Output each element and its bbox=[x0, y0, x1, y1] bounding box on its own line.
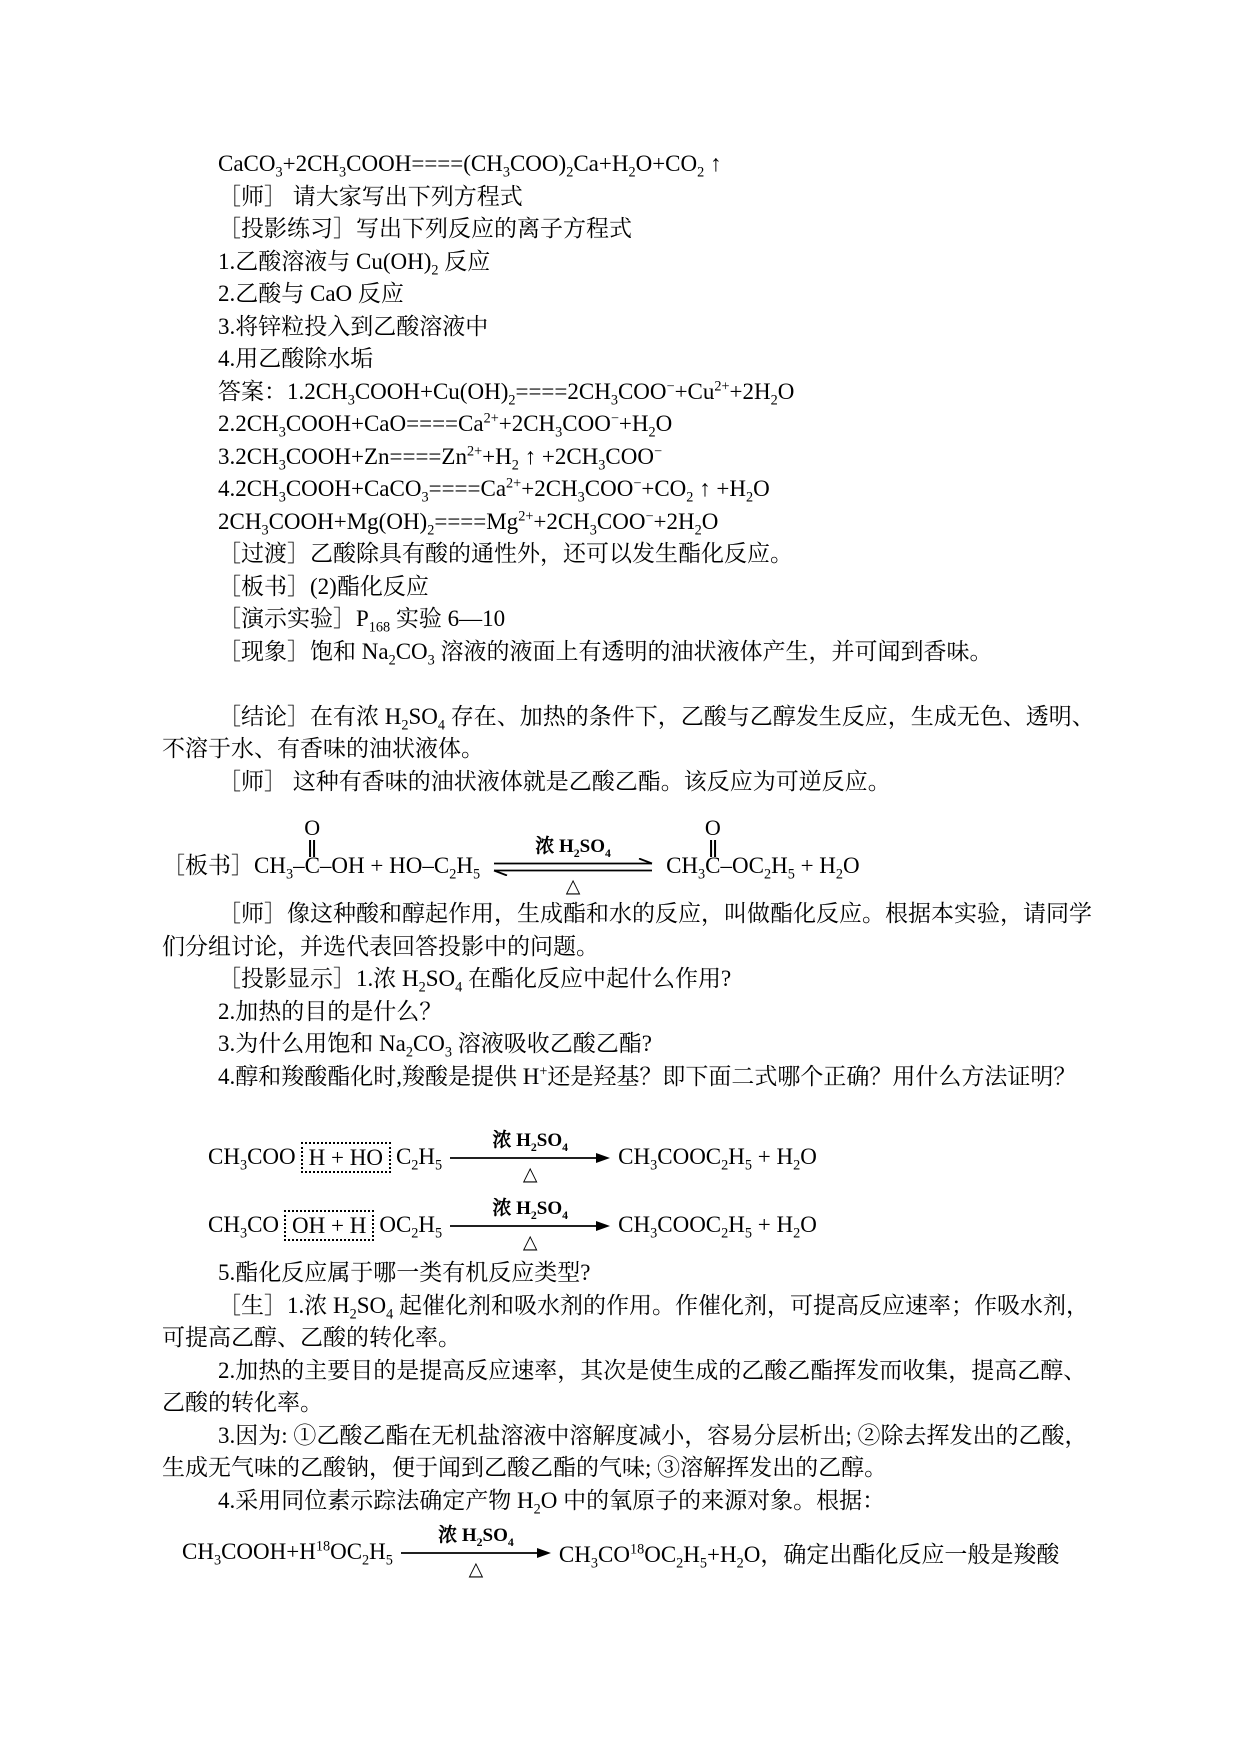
list-item: 4.用乙酸除水垢 bbox=[162, 343, 1102, 376]
eq-tail: 确定出酯化反应一般是羧酸 bbox=[783, 1536, 1059, 1569]
answer-equation-line: 2CH3COOH+Mg(OH)2====Mg2++2CH3COO−+2H2O bbox=[162, 506, 1102, 539]
isotope-tracer-equation: CH3COOH+H18OC2H5 浓 H2SO4 △ CH3CO18OC2H5+… bbox=[182, 1517, 1102, 1587]
list-item: 2.乙酸与 CaO 反应 bbox=[162, 278, 1102, 311]
formula-right-rest: –OC2H5 + H2O bbox=[720, 851, 859, 881]
double-bond bbox=[309, 840, 315, 857]
answer-equation-line: 3.2CH3COOH+Zn====Zn2++H2 ↑ +2CH3COO− bbox=[162, 441, 1102, 474]
highlighted-group-box: H + HO bbox=[301, 1142, 391, 1173]
eq-post: C2H5 bbox=[396, 1144, 442, 1170]
text-line: ［结论］在有浓 H2SO4 存在、加热的条件下，乙酸与乙醇发生反应，生成无色、透… bbox=[162, 701, 1102, 734]
mechanism-equations: CH3COO H + HO C2H5 浓 H2SO4 △ CH3COOC2H5 … bbox=[162, 1093, 1102, 1257]
double-bond bbox=[710, 840, 716, 857]
text-line: ［投影显示］1.浓 H2SO4 在酯化反应中起什么作用? bbox=[162, 963, 1102, 996]
carbonyl-oxygen: O bbox=[705, 818, 721, 857]
text-line: 4.采用同位素示踪法确定产物 H2O 中的氧原子的来源对象。根据： bbox=[162, 1485, 1102, 1518]
text-line: ［生］1.浓 H2SO4 起催化剂和吸水剂的作用。作催化剂，可提高反应速率；作吸… bbox=[162, 1290, 1102, 1323]
right-arrow-icon bbox=[450, 1152, 610, 1164]
text-line: 3.因为: ①乙酸乙酯在无机盐溶液中溶解度减小，容易分层析出; ②除去挥发出的乙… bbox=[162, 1420, 1102, 1453]
text-line: 5.酯化反应属于哪一类有机反应类型? bbox=[162, 1257, 1102, 1290]
eq-pre: CH3COO bbox=[208, 1144, 296, 1170]
formula-left-rest: –OH + HO–C2H5 bbox=[320, 851, 480, 881]
text-line: ［现象］饱和 Na2CO3 溶液的液面上有透明的油状液体产生，并可闻到香味。 bbox=[162, 636, 1102, 669]
list-item: 3.将锌粒投入到乙酸溶液中 bbox=[162, 311, 1102, 344]
eq-right: CH3CO18OC2H5+H2O， bbox=[559, 1536, 783, 1569]
right-arrow-icon bbox=[401, 1547, 551, 1559]
blank-line bbox=[162, 668, 1102, 701]
text-line: ［投影练习］写出下列反应的离子方程式 bbox=[162, 213, 1102, 246]
arrow-condition-top: 浓 H2SO4 bbox=[492, 1130, 568, 1152]
text-line: ［过渡］乙酸除具有酸的通性外，还可以发生酯化反应。 bbox=[162, 538, 1102, 571]
reaction-arrow: 浓 H2SO4 △ bbox=[450, 1130, 610, 1185]
mechanism-equation-1: CH3COO H + HO C2H5 浓 H2SO4 △ CH3COOC2H5 … bbox=[208, 1125, 1102, 1189]
right-arrow-icon bbox=[450, 1220, 610, 1232]
answer-equation-line: 4.2CH3COOH+CaCO3====Ca2++2CH3COO−+CO2 ↑ … bbox=[162, 473, 1102, 506]
reaction-arrow: 浓 H2SO4 △ bbox=[401, 1525, 551, 1580]
arrow-condition-bottom: △ bbox=[523, 1232, 538, 1253]
text-line: 3.为什么用饱和 Na2CO3 溶液吸收乙酸乙酯? bbox=[162, 1028, 1102, 1061]
text-line: 们分组讨论，并选代表回答投影中的问题。 bbox=[162, 931, 1102, 964]
text-line: ［师］ 这种有香味的油状液体就是乙酸乙酯。该反应为可逆反应。 bbox=[162, 766, 1102, 799]
document-page: CaCO3+2CH3COOH====(CH3COO)2Ca+H2O+CO2 ↑ … bbox=[0, 0, 1241, 1754]
list-item: 1.乙酸溶液与 Cu(OH)2 反应 bbox=[162, 246, 1102, 279]
text-line: 生成无气味的乙酸钠，便于闻到乙酸乙酯的气味; ③溶解挥发出的乙醇。 bbox=[162, 1452, 1102, 1485]
arrow-condition-bottom: △ bbox=[523, 1164, 538, 1185]
carbonyl-group: O C bbox=[305, 851, 320, 881]
chem-equation-line: CaCO3+2CH3COOH====(CH3COO)2Ca+H2O+CO2 ↑ bbox=[162, 148, 1102, 181]
text-line: 不溶于水、有香味的油状液体。 bbox=[162, 733, 1102, 766]
answer-equation-line: 答案：1.2CH3COOH+Cu(OH)2====2CH3COO−+Cu2++2… bbox=[162, 376, 1102, 409]
document-body: CaCO3+2CH3COOH====(CH3COO)2Ca+H2O+CO2 ↑ … bbox=[162, 148, 1102, 1587]
eq-result: CH3COOC2H5 + H2O bbox=[618, 1144, 817, 1170]
text-line: ［演示实验］P168 实验 6—10 bbox=[162, 603, 1102, 636]
text-line: 2.加热的目的是什么？ bbox=[162, 996, 1102, 1029]
text-line: ［师］ 请大家写出下列方程式 bbox=[162, 181, 1102, 214]
equilibrium-arrow: 浓 H2SO4 △ bbox=[488, 836, 658, 897]
formula-left: CH3– bbox=[254, 851, 305, 881]
equilibrium-arrow-icon bbox=[488, 858, 658, 876]
arrow-condition-bottom: △ bbox=[469, 1559, 484, 1580]
eq-left: CH3COOH+H18OC2H5 bbox=[182, 1539, 393, 1565]
text-line: 2.加热的主要目的是提高反应速率，其次是使生成的乙酸乙酯挥发而收集，提高乙醇、 bbox=[162, 1355, 1102, 1388]
eq-result: CH3COOC2H5 + H2O bbox=[618, 1212, 817, 1238]
arrow-condition-top: 浓 H2SO4 bbox=[438, 1525, 514, 1547]
arrow-condition-top: 浓 H2SO4 bbox=[492, 1198, 568, 1220]
arrow-condition-top: 浓 H2SO4 bbox=[535, 836, 611, 858]
answer-equation-line: 2.2CH3COOH+CaO====Ca2++2CH3COO−+H2O bbox=[162, 408, 1102, 441]
eq-post: OC2H5 bbox=[379, 1212, 442, 1238]
formula-right: CH3 bbox=[666, 851, 705, 881]
text-line: ［师］像这种酸和醇起作用，生成酯和水的反应，叫做酯化反应。根据本实验，请同学 bbox=[162, 898, 1102, 931]
text-line: 4.醇和羧酸酯化时,羧酸是提供 H+还是羟基？即下面二式哪个正确？用什么方法证明… bbox=[162, 1061, 1102, 1094]
esterification-structural-equation: ［板书］ CH3– O C –OH + HO–C2H5 浓 H2SO4 bbox=[162, 798, 1102, 898]
reaction-arrow: 浓 H2SO4 △ bbox=[450, 1198, 610, 1253]
banshu-label: ［板书］ bbox=[162, 851, 254, 881]
mechanism-equation-2: CH3CO OH + H OC2H5 浓 H2SO4 △ CH3COOC2H5 … bbox=[208, 1193, 1102, 1257]
text-line: 可提高乙醇、乙酸的转化率。 bbox=[162, 1322, 1102, 1355]
highlighted-group-box: OH + H bbox=[284, 1210, 374, 1241]
text-line: ［板书］(2)酯化反应 bbox=[162, 571, 1102, 604]
carbonyl-group: O C bbox=[705, 851, 720, 881]
text-line: 乙酸的转化率。 bbox=[162, 1387, 1102, 1420]
carbonyl-oxygen: O bbox=[304, 818, 320, 857]
eq-pre: CH3CO bbox=[208, 1212, 279, 1238]
arrow-condition-bottom: △ bbox=[566, 876, 581, 897]
